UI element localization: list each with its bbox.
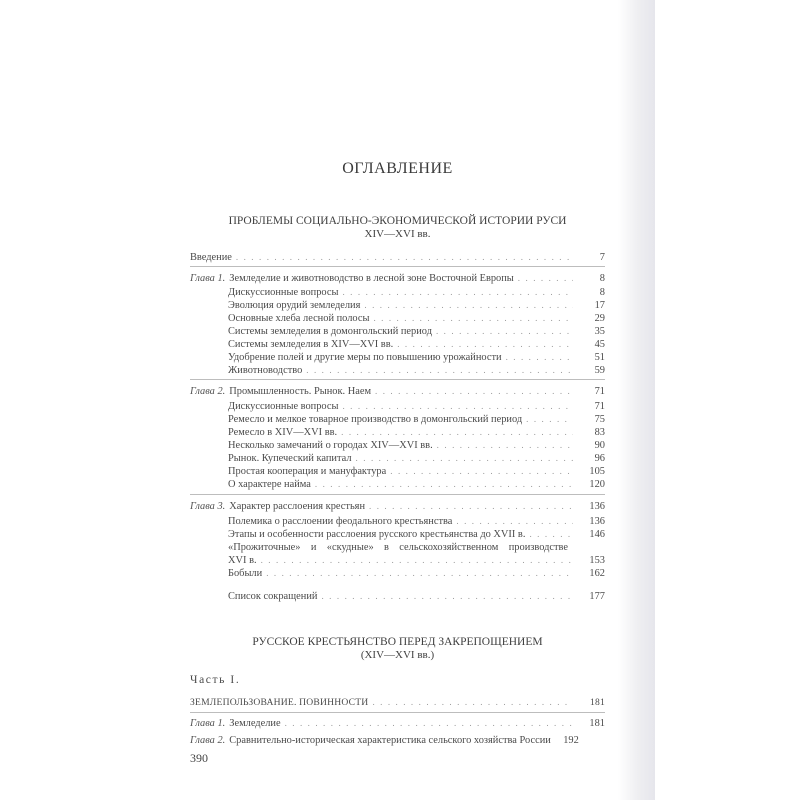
entry-page: 120 (577, 478, 605, 491)
entry-page: 59 (577, 364, 605, 377)
leader-dots: . . . . . . . . . . . . . . . . . . . . … (364, 299, 573, 312)
entry-label: Введение (190, 251, 232, 264)
entry-page: 136 (577, 500, 605, 513)
entry-page: 136 (577, 515, 605, 528)
entry-label: Ремесло и мелкое товарное производство в… (228, 413, 522, 426)
chapter-lead: Глава 3. (190, 500, 225, 513)
entry-page: 51 (577, 351, 605, 364)
toc-entry-section[interactable]: Рынок. Купеческий капитал. . . . . . . .… (228, 452, 605, 465)
leader-dots: . . . . . . . . . . . . . . . . . . . . … (261, 554, 573, 567)
leader-dots: . . . . . . . . . . . . . . . . . . . . … (341, 426, 573, 439)
entry-label: Эволюция орудий земледелия (228, 299, 360, 312)
entry-page: 35 (577, 325, 605, 338)
entry-label: Несколько замечаний о городах XIV—XVI вв… (228, 439, 433, 452)
leader-dots: . . . . . . . . . . . . . . . . . . . . … (397, 338, 573, 351)
divider (190, 266, 605, 267)
entry-label: Список сокращений (228, 590, 317, 603)
toc-entry-section[interactable]: Несколько замечаний о городах XIV—XVI вв… (228, 439, 605, 452)
entry-page: 75 (577, 413, 605, 426)
toc-entry-section[interactable]: О характере найма. . . . . . . . . . . .… (228, 478, 605, 491)
entry-page: 146 (577, 528, 605, 541)
leader-dots: . . . . . . . . . . . . . . . . . . . . … (266, 567, 573, 580)
leader-dots: . . . . . . . . . . . . . . . . . . . . … (342, 400, 573, 413)
leader-dots: . . . . . . . . . . . . . . . . . . . . … (236, 251, 573, 264)
entry-label: Животноводство (228, 364, 302, 377)
leader-dots: . . . . . . . . . . . . . . . . . . . . … (437, 439, 573, 452)
book1-title: ПРОБЛЕМЫ СОЦИАЛЬНО-ЭКОНОМИЧЕСКОЙ ИСТОРИИ… (190, 215, 605, 228)
toc-entry-section[interactable]: Дискуссионные вопросы. . . . . . . . . .… (228, 286, 605, 299)
chapter-lead: Глава 1. (190, 272, 225, 285)
entry-label: Этапы и особенности расслоения русского … (228, 528, 525, 541)
divider (190, 494, 605, 495)
leader-dots: . . . . . . . . . . . . . . . . . . . . … (375, 385, 573, 398)
book1-subtitle: XIV—XVI вв. (190, 228, 605, 241)
leader-dots: . . . . . . . . . . . . . . . . . . . . … (369, 500, 573, 513)
toc-entry-section[interactable]: Основные хлеба лесной полосы. . . . . . … (228, 312, 605, 325)
toc-entry-abbreviations[interactable]: Список сокращений. . . . . . . . . . . .… (228, 590, 605, 603)
entry-page: 8 (577, 286, 605, 299)
toc-entry-chapter[interactable]: Глава 1. Земледелие и животноводство в л… (190, 272, 605, 285)
leader-dots: . . . . . . . . . . . . . . . . . . . . … (372, 696, 573, 709)
toc-entry-section[interactable]: Этапы и особенности расслоения русского … (228, 528, 605, 541)
entry-page: 17 (577, 299, 605, 312)
leader-dots: . . . . . . . . . . . . . . . . . . . . … (356, 452, 573, 465)
entry-page: 7 (577, 251, 605, 264)
entry-page: 192 (551, 734, 579, 747)
background (655, 0, 800, 800)
toc-entry-section[interactable]: Простая кооперация и мануфактура. . . . … (228, 465, 605, 478)
chapter-lead: Глава 2. (190, 385, 225, 398)
toc-entry-section[interactable]: Ремесло в XIV—XVI вв.. . . . . . . . . .… (228, 426, 605, 439)
page-number: 390 (190, 751, 208, 766)
leader-dots: . . . . . . . . . . . . . . . . . . . . … (526, 413, 573, 426)
entry-page: 71 (577, 385, 605, 398)
toc-entry-section[interactable]: Системы земледелия в XIV—XVI вв.. . . . … (228, 338, 605, 351)
toc-entry-section[interactable]: Эволюция орудий земледелия. . . . . . . … (228, 299, 605, 312)
entry-page: 162 (577, 567, 605, 580)
book1-title-block: ПРОБЛЕМЫ СОЦИАЛЬНО-ЭКОНОМИЧЕСКОЙ ИСТОРИИ… (190, 215, 605, 241)
leader-dots: . . . . . . . . . . . . . . . . . . . . … (285, 717, 573, 730)
entry-label: Характер расслоения крестьян (229, 500, 365, 513)
toc-entry-chapter[interactable]: Глава 3. Характер расслоения крестьян . … (190, 500, 605, 513)
entry-label: Сравнительно-историческая характеристика… (229, 734, 551, 747)
toc-entry-section[interactable]: XVI в.. . . . . . . . . . . . . . . . . … (228, 554, 605, 567)
chapter-lead: Глава 2. (190, 734, 225, 747)
entry-label: Дискуссионные вопросы (228, 286, 338, 299)
toc-entry-section[interactable]: Животноводство. . . . . . . . . . . . . … (228, 364, 605, 377)
divider (190, 379, 605, 380)
entry-label: Ремесло в XIV—XVI вв. (228, 426, 337, 439)
entry-label: Простая кооперация и мануфактура (228, 465, 386, 478)
toc-entry-section[interactable]: Дискуссионные вопросы. . . . . . . . . .… (228, 400, 605, 413)
entry-label: О характере найма (228, 478, 311, 491)
leader-dots: . . . . . . . . . . . . . . . . . . . . … (456, 515, 573, 528)
entry-label: Удобрение полей и другие меры по повышен… (228, 351, 502, 364)
entry-page: 83 (577, 426, 605, 439)
leader-dots: . . . . . . . . . . . . . . . . . . . . … (315, 478, 573, 491)
leader-dots: . . . . . . . . . . . . . . . . . . . . … (321, 590, 573, 603)
entry-label: Дискуссионные вопросы (228, 400, 338, 413)
entry-page: 29 (577, 312, 605, 325)
leader-dots: . . . . . . . . . . . . . . . . . . . . … (518, 272, 573, 285)
toc-entry-intro[interactable]: Введение . . . . . . . . . . . . . . . .… (190, 251, 605, 264)
toc-heading: ОГЛАВЛЕНИЕ (190, 160, 605, 178)
toc-entry-section[interactable]: Бобыли. . . . . . . . . . . . . . . . . … (228, 567, 605, 580)
part-heading: Часть I. (190, 674, 240, 686)
entry-label: Системы земледелия в домонгольский перио… (228, 325, 432, 338)
entry-label: Полемика о расслоении феодального кресть… (228, 515, 452, 528)
entry-page: 96 (577, 452, 605, 465)
book2-title: РУССКОЕ КРЕСТЬЯНСТВО ПЕРЕД ЗАКРЕПОЩЕНИЕМ (190, 636, 605, 649)
leader-dots: . . . . . . . . . . . . . . . . . . . . … (306, 364, 573, 377)
entry-label: Земледелие и животноводство в лесной зон… (229, 272, 514, 285)
divider (190, 712, 605, 713)
entry-label: Бобыли (228, 567, 262, 580)
chapter-lead: Глава 1. (190, 717, 225, 730)
toc-entry-section[interactable]: Полемика о расслоении феодального кресть… (228, 515, 605, 528)
leader-dots: . . . . . . . . . . . . . . . . . . . . … (506, 351, 573, 364)
book2-title-block: РУССКОЕ КРЕСТЬЯНСТВО ПЕРЕД ЗАКРЕПОЩЕНИЕМ… (190, 636, 605, 662)
section-label-line1: «Прожиточные» и «скудные» в сельскохозяй… (228, 541, 568, 554)
entry-page: 181 (577, 696, 605, 709)
toc-entry-chapter[interactable]: Глава 2. Промышленность. Рынок. Наем . .… (190, 385, 605, 398)
entry-page: 45 (577, 338, 605, 351)
entry-page: 90 (577, 439, 605, 452)
leader-dots: . . . . . . . . . . . . . . . . . . . . … (373, 312, 573, 325)
entry-page: 153 (577, 554, 605, 567)
toc-entry-part[interactable]: ЗЕМЛЕПОЛЬЗОВАНИЕ. ПОВИННОСТИ . . . . . .… (190, 696, 605, 709)
toc-entry-chapter[interactable]: Глава 2. Сравнительно-историческая харак… (190, 734, 605, 747)
toc-entry-section[interactable]: Удобрение полей и другие меры по повышен… (228, 351, 605, 364)
entry-label: Системы земледелия в XIV—XVI вв. (228, 338, 393, 351)
page-gutter-shadow (618, 0, 655, 800)
entry-label: Земледелие (229, 717, 280, 730)
toc-entry-chapter[interactable]: Глава 1. Земледелие . . . . . . . . . . … (190, 717, 605, 730)
entry-label: Рынок. Купеческий капитал (228, 452, 352, 465)
entry-page: 181 (577, 717, 605, 730)
leader-dots: . . . . . . . . . . . . . . . . . . . . … (342, 286, 573, 299)
entry-label: Основные хлеба лесной полосы (228, 312, 369, 325)
entry-page: 8 (577, 272, 605, 285)
toc-entry-section[interactable]: Ремесло и мелкое товарное производство в… (228, 413, 605, 426)
entry-label: ЗЕМЛЕПОЛЬЗОВАНИЕ. ПОВИННОСТИ (190, 696, 368, 709)
entry-page: 105 (577, 465, 605, 478)
leader-dots: . . . . . . . . . . . . . . . . . . . . … (436, 325, 573, 338)
entry-label: Промышленность. Рынок. Наем (229, 385, 371, 398)
entry-page: 71 (577, 400, 605, 413)
leader-dots: . . . . . . . . . . . . . . . . . . . . … (529, 528, 573, 541)
book2-subtitle: (XIV—XVI вв.) (190, 649, 605, 662)
toc-entry-section[interactable]: Системы земледелия в домонгольский перио… (228, 325, 605, 338)
entry-label: XVI в. (228, 554, 257, 567)
leader-dots: . . . . . . . . . . . . . . . . . . . . … (390, 465, 573, 478)
entry-page: 177 (577, 590, 605, 603)
